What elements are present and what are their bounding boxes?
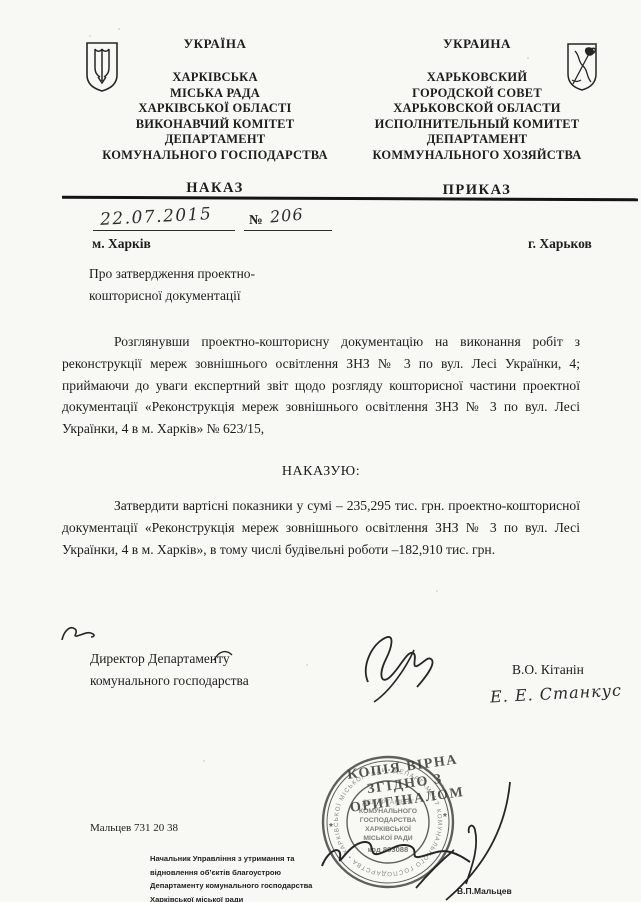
org-line: КОММУНАЛЬНОГО ХОЗЯЙСТВА (332, 148, 622, 164)
contact-phone: Мальцев 731 20 38 (90, 822, 178, 834)
header-ukrainian: УКРАЇНА ХАРКІВСЬКА МІСЬКА РАДА ХАРКІВСЬК… (70, 36, 360, 197)
handwritten-mark-icon (56, 620, 98, 648)
handwritten-number: 206 (269, 205, 304, 227)
subject-block: Про затвердження проектно- кошторисної д… (89, 263, 255, 306)
certifier-title-block: Начальник Управління з утримання та відн… (150, 852, 312, 902)
certifier-line: Харківської міської ради (150, 893, 312, 902)
number-underline (244, 229, 332, 231)
org-name-ua: ХАРКІВСЬКА МІСЬКА РАДА ХАРКІВСЬКОЇ ОБЛАС… (70, 70, 360, 163)
org-line: МІСЬКА РАДА (70, 86, 360, 102)
scanned-order-document: УКРАЇНА ХАРКІВСЬКА МІСЬКА РАДА ХАРКІВСЬК… (0, 0, 641, 902)
signer-title-line: комунального господарства (90, 670, 249, 692)
city-ru: г. Харьков (528, 236, 592, 252)
org-line: ВИКОНАВЧИЙ КОМІТЕТ (70, 117, 360, 133)
subject-line: кошторисної документації (89, 285, 255, 307)
certifier-line: Департаменту комунального господарства (150, 879, 312, 893)
order-word: НАКАЗУЮ: (62, 464, 580, 480)
org-line: ХАРЬКОВСКИЙ (332, 70, 622, 86)
subject-line: Про затвердження проектно- (89, 263, 255, 285)
country-title-ru: УКРАИНА (332, 36, 622, 52)
org-line: ИСПОЛНИТЕЛЬНЫЙ КОМИТЕТ (332, 117, 622, 133)
org-name-ru: ХАРЬКОВСКИЙ ГОРОДСКОЙ СОВЕТ ХАРЬКОВСКОЙ … (332, 70, 622, 163)
org-line: ГОРОДСКОЙ СОВЕТ (332, 86, 622, 102)
org-line: КОМУНАЛЬНОГО ГОСПОДАРСТВА (70, 148, 360, 164)
country-title-ua: УКРАЇНА (70, 36, 360, 52)
org-line: ХАРЬКОВСКОЙ ОБЛАСТИ (332, 101, 622, 117)
body-paragraph-1: Розглянувши проектно-кошторисну документ… (62, 331, 580, 440)
org-line: ХАРКІВСЬКА (70, 70, 360, 86)
date-underline (93, 229, 235, 231)
handwritten-name: Е. Е. Станкус (490, 681, 623, 707)
handwritten-date: 22.07.2015 (100, 204, 213, 230)
org-line: ДЕПАРТАМЕНТ (70, 132, 360, 148)
certifier-signature (300, 738, 562, 902)
certifier-name: В.П.Мальцев (457, 886, 512, 896)
number-sign: № (249, 212, 263, 228)
certifier-line: відновлення об’єктів благоустрою (150, 866, 312, 880)
certifier-line: Начальник Управління з утримання та (150, 852, 312, 866)
director-signature (338, 620, 438, 704)
paper-speck (118, 28, 120, 30)
paper-speck (203, 760, 205, 762)
paper-speck (306, 664, 308, 666)
body-paragraph-2: Затвердити вартісні показники у сумі – 2… (62, 495, 580, 560)
city-ua: м. Харків (92, 236, 151, 252)
handwritten-stroke-icon (212, 647, 234, 665)
doc-type-ua: НАКАЗ (70, 180, 360, 197)
org-line: ДЕПАРТАМЕНТ (332, 132, 622, 148)
paper-speck (436, 590, 438, 592)
signer-name: В.О. Кітанін (512, 662, 584, 678)
header-russian: УКРАИНА ХАРЬКОВСКИЙ ГОРОДСКОЙ СОВЕТ ХАРЬ… (332, 36, 622, 199)
org-line: ХАРКІВСЬКОЇ ОБЛАСТІ (70, 101, 360, 117)
